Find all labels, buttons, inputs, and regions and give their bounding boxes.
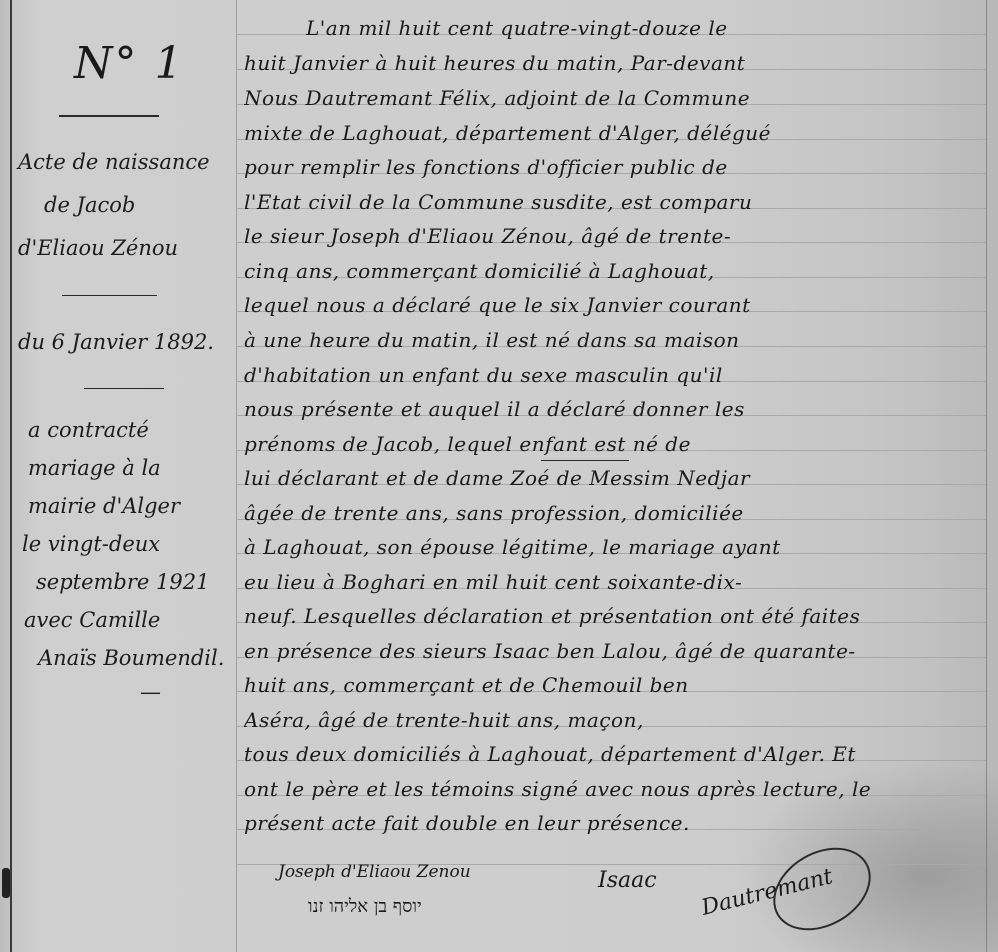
- marriage-annotation-line: avec Camille: [24, 608, 160, 632]
- body-line: ont le père et les témoins signé avec no…: [244, 777, 984, 801]
- marriage-annotation-line: le vingt-deux: [22, 532, 160, 556]
- act-number: N° 1: [74, 38, 184, 89]
- margin-date: du 6 Janvier 1892.: [18, 330, 214, 354]
- title-underline: [62, 295, 157, 296]
- body-line: présent acte fait double en leur présenc…: [244, 811, 984, 835]
- name-underline: [541, 460, 629, 461]
- register-page: N° 1 Acte de naissance de Jacob d'Eliaou…: [0, 0, 998, 952]
- body-line: à une heure du matin, il est né dans sa …: [244, 328, 984, 352]
- body-line: prénoms de Jacob, lequel enfant est né d…: [244, 432, 984, 456]
- margin-title-line: d'Eliaou Zénou: [18, 236, 178, 260]
- body-line: lui déclarant et de dame Zoé de Messim N…: [244, 466, 984, 490]
- margin-title-line: Acte de naissance: [18, 150, 210, 174]
- binding-edge: [10, 0, 12, 952]
- body-line: lequel nous a déclaré que le six Janvier…: [244, 293, 984, 317]
- date-underline: [84, 388, 164, 389]
- margin-rule: [236, 0, 237, 952]
- ink-blot: [2, 868, 10, 898]
- act-number-underline: [59, 115, 159, 117]
- body-line: âgée de trente ans, sans profession, dom…: [244, 501, 984, 525]
- body-line: le sieur Joseph d'Eliaou Zénou, âgé de t…: [244, 224, 984, 248]
- witness-signature: Isaac: [598, 868, 657, 893]
- body-line: à Laghouat, son épouse légitime, le mari…: [244, 535, 984, 559]
- body-line: l'Etat civil de la Commune susdite, est …: [244, 190, 984, 214]
- father-signature-hebrew: יוסף בן אליהו זנו: [308, 896, 422, 917]
- body-line: en présence des sieurs Isaac ben Lalou, …: [244, 639, 984, 663]
- left-margin: N° 1 Acte de naissance de Jacob d'Eliaou…: [14, 0, 236, 952]
- body-line: huit ans, commerçant et de Chemouil ben: [244, 673, 984, 697]
- father-signature-latin: Joseph d'Eliaou Zenou: [278, 862, 471, 882]
- body-line: L'an mil huit cent quatre-vingt-douze le: [306, 16, 998, 40]
- body-line: Nous Dautremant Félix, adjoint de la Com…: [244, 86, 984, 110]
- margin-title-line: de Jacob: [44, 193, 135, 217]
- marriage-annotation-line: mairie d'Alger: [28, 494, 180, 518]
- marriage-annotation-line: Anaïs Boumendil.: [38, 646, 224, 670]
- marriage-annotation-line: septembre 1921: [36, 570, 209, 594]
- marriage-annotation-line: a contracté: [28, 418, 149, 442]
- body-line: cinq ans, commerçant domicilié à Laghoua…: [244, 259, 984, 283]
- body-line: tous deux domiciliés à Laghouat, départe…: [244, 742, 984, 766]
- body-line: nous présente et auquel il a déclaré don…: [244, 397, 984, 421]
- marriage-annotation-line: mariage à la: [28, 456, 161, 480]
- body-line: mixte de Laghouat, département d'Alger, …: [244, 121, 984, 145]
- body-line: pour remplir les fonctions d'officier pu…: [244, 155, 984, 179]
- body-line: neuf. Lesquelles déclaration et présenta…: [244, 604, 984, 628]
- body-line: huit Janvier à huit heures du matin, Par…: [244, 51, 984, 75]
- body-line: Aséra, âgé de trente-huit ans, maçon,: [244, 708, 984, 732]
- body-line: eu lieu à Boghari en mil huit cent soixa…: [244, 570, 984, 594]
- body-line: d'habitation un enfant du sexe masculin …: [244, 363, 984, 387]
- annotation-dash: —: [140, 680, 161, 704]
